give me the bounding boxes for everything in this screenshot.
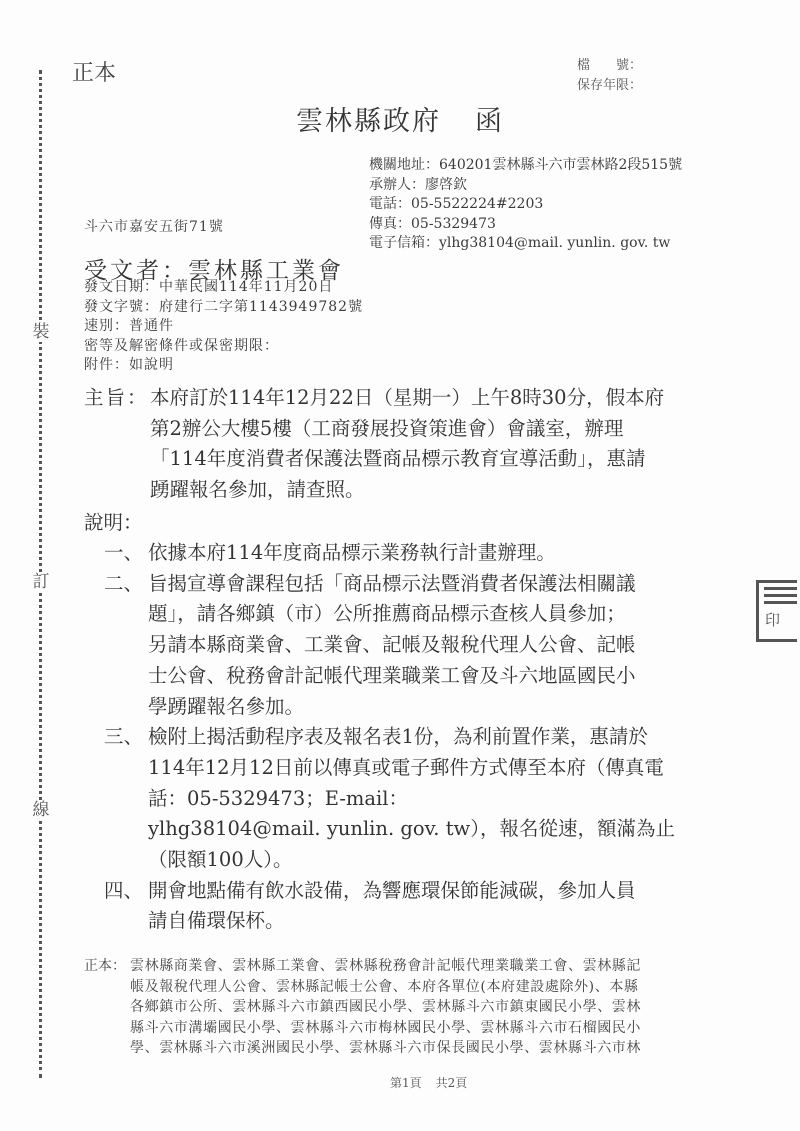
item-line: （限額100人）。 [148,845,744,876]
explanation-item: 三、 檢附上揭活動程序表及報名表1份，為利前置作業，惠請於 114年12月12日… [104,722,744,876]
document-title: 雲林縣政府函 [296,99,504,138]
item-line: 學踴躍報名參加。 [148,692,744,723]
item-line: 話：05-5329473；E-mail： [148,784,744,815]
seal-stamp-icon: 印 [756,580,797,642]
carbon-copy-line: 雲林縣商業會、雲林縣工業會、雲林縣稅務會計記帳代理業職業工會、雲林縣記 [130,956,724,977]
file-info: 檔 號： 保存年限： [577,56,642,96]
fax: 傳真：05-5329473 [369,215,682,235]
item-line: 另請本縣商業會、工業會、記帳及報稅代理人公會、記帳 [148,630,744,661]
item-line: 檢附上揭活動程序表及報名表1份，為利前置作業，惠請於 [148,722,744,753]
copy-type-label: 正本 [72,56,116,87]
item-line: 題」，請各鄉鎮（市）公所推薦商品標示查核人員參加； [148,599,744,630]
item-line: 依據本府114年度商品標示業務執行計畫辦理。 [148,538,744,569]
binding-mark-line: 線 [31,800,51,820]
binding-mark-staple: 訂 [31,572,51,592]
handler: 承辦人：廖啓欽 [369,176,682,196]
item-line: ylhg38104@mail. yunlin. gov. tw），報名從速，額滿… [148,814,744,845]
explanation-item: 二、 旨揭宣導會課程包括「商品標示法暨消費者保護法相關議 題」，請各鄉鎮（市）公… [104,569,744,723]
carbon-copy-line: 縣斗六市溝壩國民小學、雲林縣斗六市梅林國民小學、雲林縣斗六市石榴國民小 [130,1018,724,1039]
carbon-copy-line: 學、雲林縣斗六市溪洲國民小學、雲林縣斗六市保長國民小學、雲林縣斗六市林 [130,1038,724,1059]
explanation-label: 說明： [84,508,143,539]
item-number: 一、 [104,538,143,569]
current-page: 第1頁 [390,1076,422,1090]
explanation-item: 四、 開會地點備有飲水設備，為響應環保節能減碳，參加人員 請自備環保杯。 [104,876,744,937]
subject-line: 「114年度消費者保護法暨商品標示教育宣導活動」，惠請 [150,444,730,475]
document-page: 裝 訂 線 正本 檔 號： 保存年限： 雲林縣政府函 機關地址：640201雲林… [0,0,800,1131]
recipient-address: 斗六市嘉安五街71號 [84,216,224,236]
carbon-copy-section: 正本： 雲林縣商業會、雲林縣工業會、雲林縣稅務會計記帳代理業職業工會、雲林縣記 … [84,956,724,1059]
issue-date: 發文日期：中華民國114年11月20日 [84,278,363,298]
item-line: 士公會、稅務會計記帳代理業職業工會及斗六地區國民小 [148,661,744,692]
item-line: 開會地點備有飲水設備，為響應環保節能減碳，參加人員 [148,876,744,907]
carbon-copy-line: 各鄉鎮市公所、雲林縣斗六市鎮西國民小學、雲林縣斗六市鎮東國民小學、雲林 [130,997,724,1018]
classification: 密等及解密條件或保密期限： [84,337,363,357]
agency-name: 雲林縣政府 [296,106,441,137]
subject-line: 第2辦公大樓5樓（工商發展投資策進會）會議室，辦理 [150,414,730,445]
subject-line: 本府訂於114年12月22日（星期一）上午8時30分，假本府 [150,383,730,414]
attachment: 附件：如說明 [84,356,363,376]
item-number: 三、 [104,722,143,753]
agency-address: 機關地址：640201雲林縣斗六市雲林路2段515號 [369,156,682,176]
explanation-item: 一、 依據本府114年度商品標示業務執行計畫辦理。 [104,538,744,569]
document-meta: 發文日期：中華民國114年11月20日 發文字號：府建行二字第114394978… [84,278,363,376]
file-number-label: 檔 號： [577,56,642,76]
email: 電子信箱：ylhg38104@mail. yunlin. gov. tw [369,234,682,254]
explanation-list: 一、 依據本府114年度商品標示業務執行計畫辦理。 二、 旨揭宣導會課程包括「商… [104,538,744,937]
carbon-copy-label: 正本： [84,956,126,977]
item-number: 二、 [104,569,143,600]
item-number: 四、 [104,876,143,907]
subject-label: 主旨： [84,383,149,414]
item-line: 請自備環保杯。 [148,906,744,937]
agency-contact-block: 機關地址：640201雲林縣斗六市雲林路2段515號 承辦人：廖啓欽 電話：05… [369,156,682,254]
item-line: 114年12月12日前以傳真或電子郵件方式傳至本府（傳真電 [148,753,744,784]
document-number: 發文字號：府建行二字第1143949782號 [84,298,363,318]
phone: 電話：05-5522224#2203 [369,195,682,215]
subject-line: 踴躍報名參加，請查照。 [150,475,730,506]
page-number: 第1頁共2頁 [390,1074,467,1091]
item-line: 旨揭宣導會課程包括「商品標示法暨消費者保護法相關議 [148,569,744,600]
document-kind: 函 [475,106,504,137]
carbon-copy-line: 帳及報稅代理人公會、雲林縣記帳士公會、本府各單位(本府建設處除外)、本縣 [130,977,724,998]
total-pages: 共2頁 [436,1076,468,1090]
seal-glyph: 印 [765,609,778,630]
delivery-speed: 速別：普通件 [84,317,363,337]
retention-label: 保存年限： [577,76,642,96]
binding-mark-bind: 裝 [31,322,51,342]
